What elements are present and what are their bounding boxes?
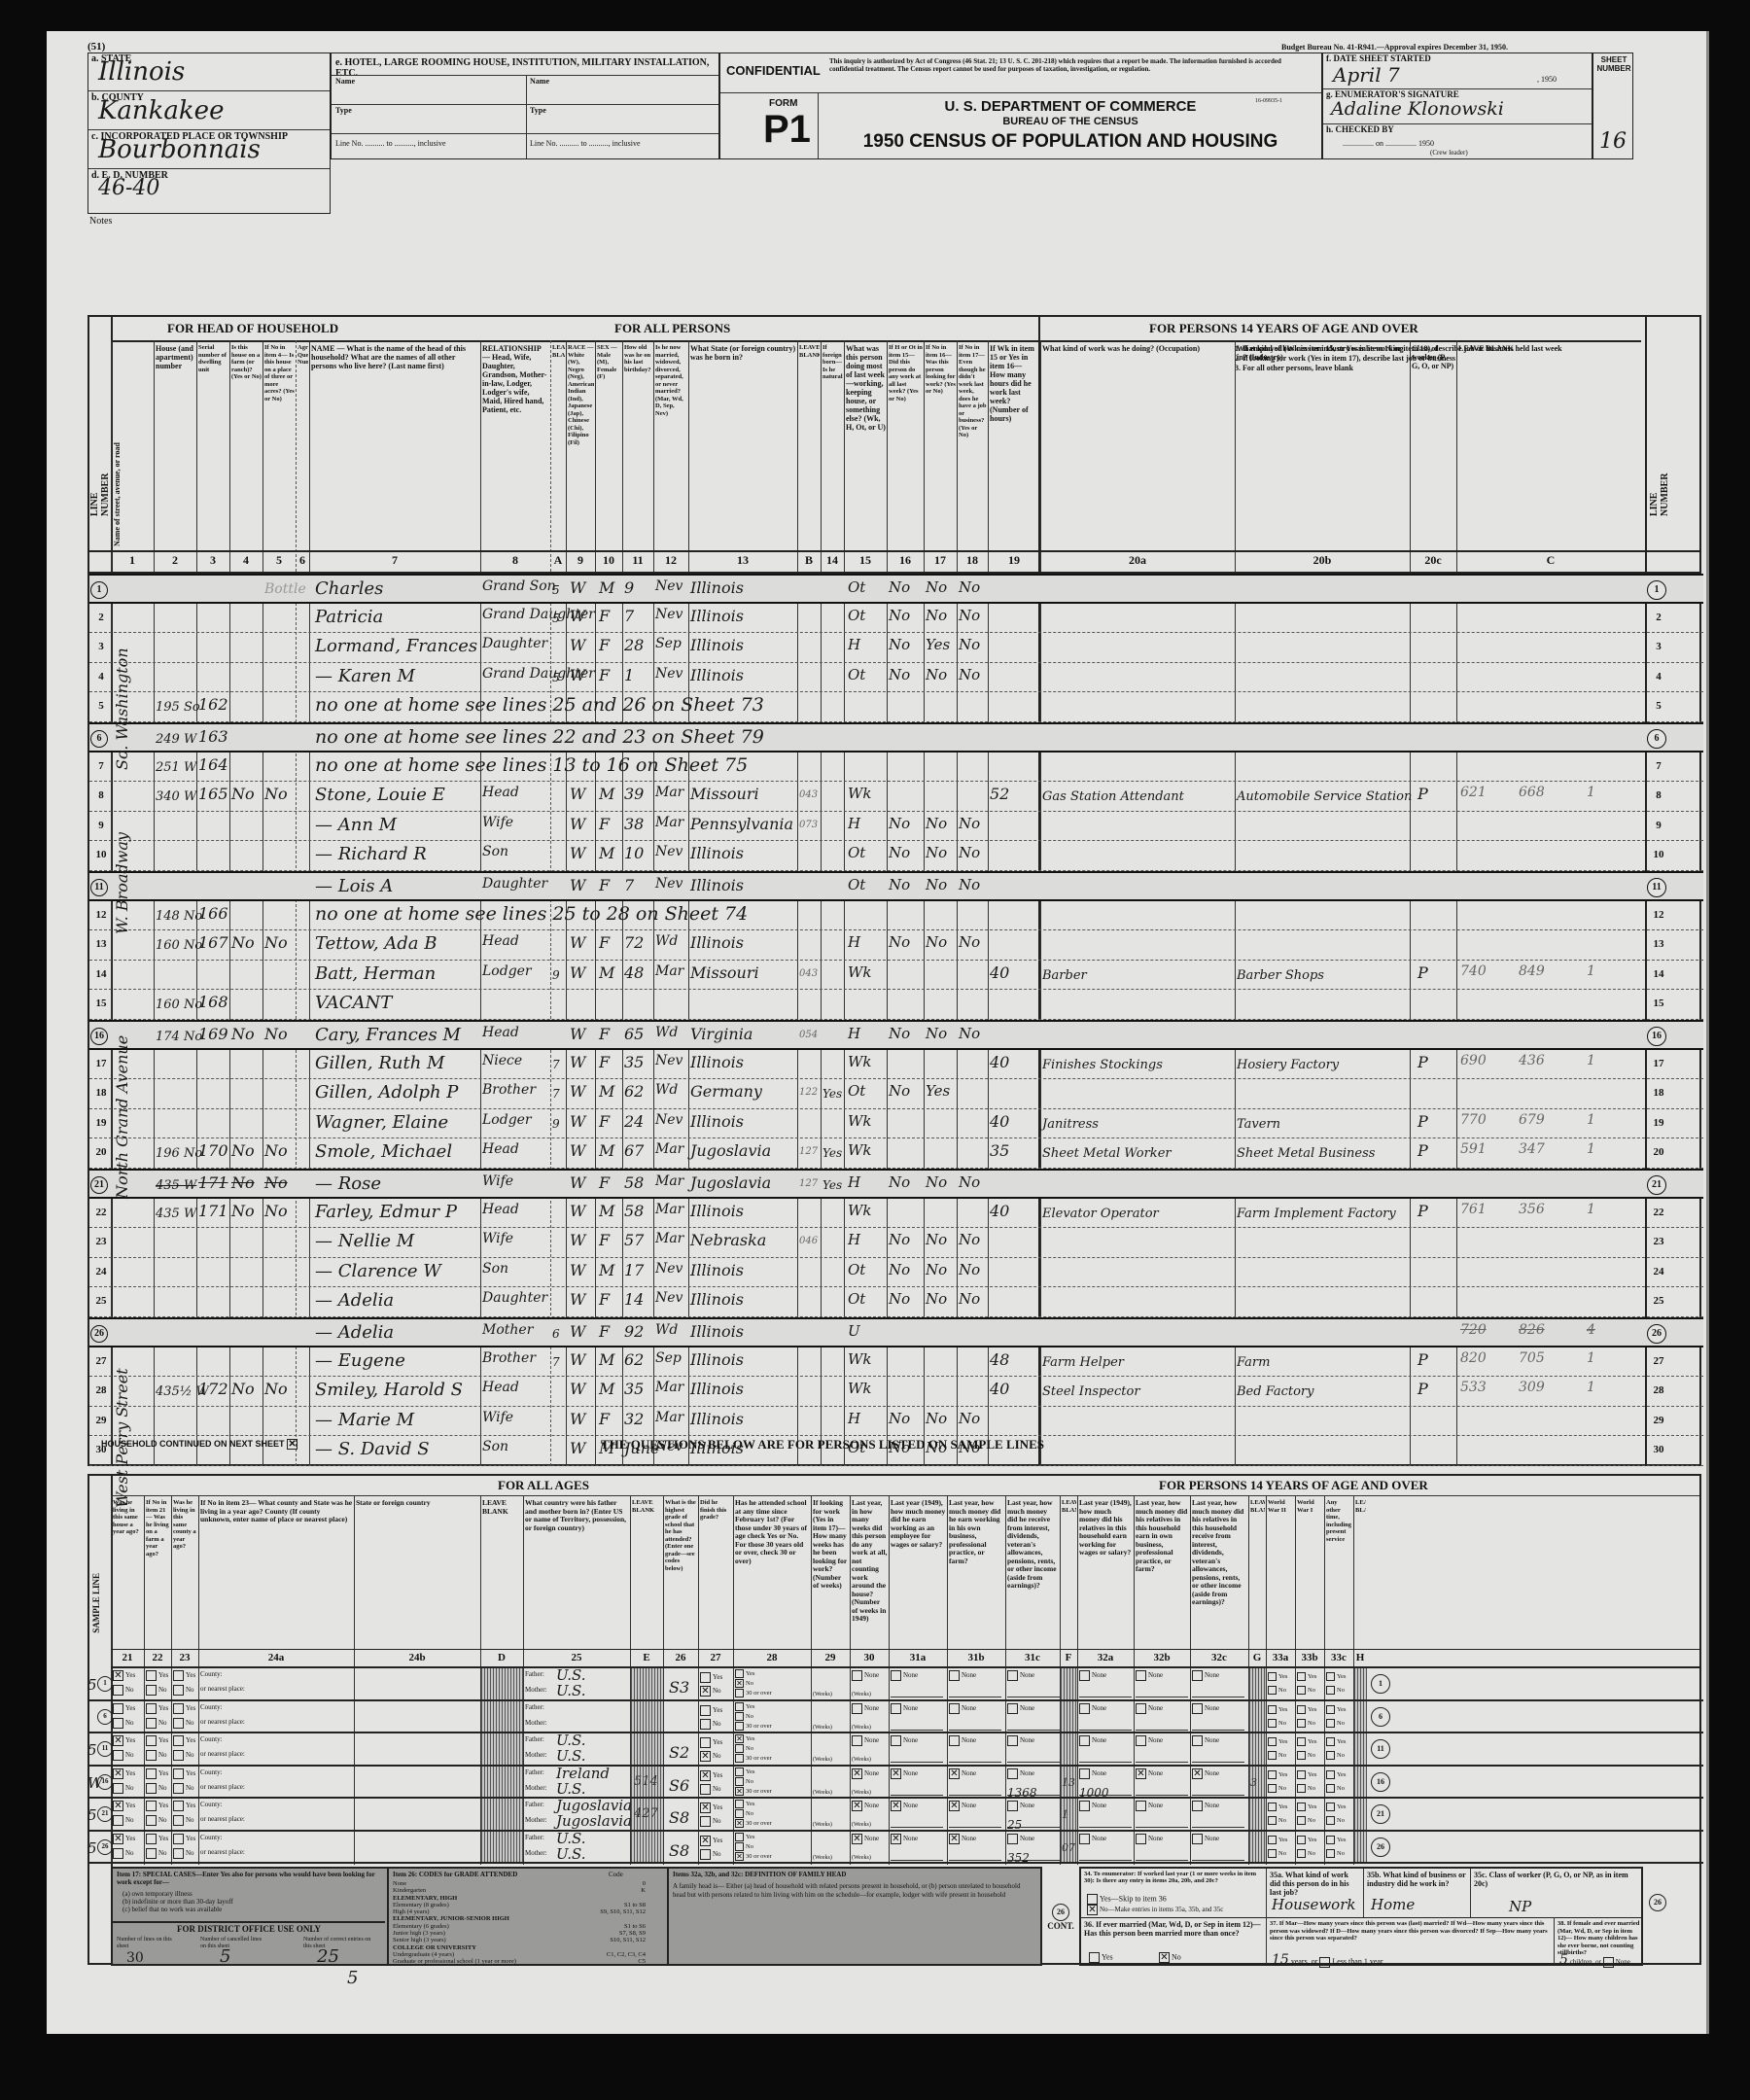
q33a-yes-checkbox[interactable] — [1268, 1672, 1277, 1681]
school-option[interactable]: ✕30 or over — [735, 1852, 772, 1861]
q31a-amount-field[interactable] — [891, 1721, 943, 1731]
q21-yes-checkbox[interactable]: ✕ — [113, 1670, 123, 1681]
q31b-none[interactable]: None — [949, 1735, 976, 1746]
q31b-amount-field[interactable] — [949, 1688, 1001, 1697]
school-checkbox[interactable] — [735, 1800, 744, 1808]
school-checkbox[interactable]: ✕ — [735, 1819, 744, 1828]
q33c-yes[interactable]: Yes — [1326, 1770, 1346, 1779]
school-option[interactable]: ✕No — [735, 1679, 753, 1688]
q32b-none-checkbox[interactable] — [1136, 1735, 1146, 1746]
q22-no[interactable]: No — [146, 1848, 167, 1859]
q22-yes[interactable]: Yes — [146, 1670, 168, 1681]
school-checkbox[interactable] — [735, 1689, 744, 1697]
school-checkbox[interactable] — [735, 1754, 744, 1763]
q23-yes[interactable]: Yes — [173, 1801, 195, 1811]
q23-no[interactable]: No — [173, 1718, 194, 1729]
q32c-none-checkbox[interactable] — [1192, 1703, 1203, 1714]
school-checkbox[interactable]: ✕ — [735, 1734, 744, 1743]
q32a-none-checkbox[interactable] — [1079, 1735, 1090, 1746]
q36-yes-checkbox[interactable] — [1089, 1952, 1100, 1963]
q32b-none-checkbox[interactable] — [1136, 1670, 1146, 1681]
finish-no[interactable]: ✕No — [700, 1686, 721, 1697]
finish-yes-checkbox[interactable] — [700, 1705, 711, 1716]
finish-yes[interactable]: ✕Yes — [700, 1836, 722, 1846]
q23-no-checkbox[interactable] — [173, 1783, 184, 1794]
q22-yes-checkbox[interactable] — [146, 1670, 157, 1681]
q33b-yes-checkbox[interactable] — [1297, 1802, 1306, 1811]
school-option[interactable]: No — [735, 1744, 753, 1753]
q33a-yes-checkbox[interactable] — [1268, 1705, 1277, 1714]
q31c-none[interactable]: None — [1007, 1670, 1034, 1681]
q22-no-checkbox[interactable] — [146, 1783, 157, 1794]
q32a-none[interactable]: None — [1079, 1834, 1106, 1844]
q31a-amount-field[interactable] — [891, 1786, 943, 1796]
q32a-none-checkbox[interactable] — [1079, 1768, 1090, 1779]
finish-no-checkbox[interactable] — [700, 1816, 711, 1827]
q22-yes-checkbox[interactable] — [146, 1801, 157, 1811]
finish-yes-checkbox[interactable] — [700, 1672, 711, 1683]
q32b-amount-field[interactable] — [1136, 1818, 1188, 1828]
q22-yes[interactable]: Yes — [146, 1801, 168, 1811]
q32b-none[interactable]: None — [1136, 1670, 1163, 1681]
q30-none-checkbox[interactable] — [852, 1670, 862, 1681]
q33b-yes-checkbox[interactable] — [1297, 1836, 1306, 1844]
school-option[interactable]: No — [735, 1712, 753, 1721]
finish-yes-checkbox[interactable]: ✕ — [700, 1802, 711, 1813]
q23-yes-checkbox[interactable] — [173, 1834, 184, 1844]
q31b-none-checkbox[interactable] — [949, 1703, 960, 1714]
q21-no[interactable]: No — [113, 1685, 134, 1696]
q21-yes-checkbox[interactable]: ✕ — [113, 1834, 123, 1844]
q33a-yes[interactable]: Yes — [1268, 1836, 1287, 1844]
finish-no[interactable]: No — [700, 1849, 721, 1860]
q33a-yes[interactable]: Yes — [1268, 1737, 1287, 1746]
q31b-amount-field[interactable] — [949, 1818, 1001, 1828]
q23-yes[interactable]: Yes — [173, 1670, 195, 1681]
q23-yes[interactable]: Yes — [173, 1735, 195, 1746]
q33c-no-checkbox[interactable] — [1326, 1686, 1335, 1695]
q33a-no-checkbox[interactable] — [1268, 1849, 1277, 1858]
school-option[interactable]: Yes — [735, 1767, 754, 1776]
school-option[interactable]: ✕30 or over — [735, 1819, 772, 1828]
q32a-amount-field[interactable] — [1079, 1721, 1132, 1731]
q21-no[interactable]: No — [113, 1750, 134, 1761]
school-option[interactable]: Yes — [735, 1702, 754, 1711]
q23-yes-checkbox[interactable] — [173, 1735, 184, 1746]
q32a-none[interactable]: None — [1079, 1670, 1106, 1681]
q32b-none[interactable]: None — [1136, 1735, 1163, 1746]
q21-no-checkbox[interactable] — [113, 1848, 123, 1859]
q32c-amount-field[interactable] — [1192, 1721, 1244, 1731]
q32a-none[interactable]: None — [1079, 1801, 1106, 1811]
q32a-none[interactable]: None — [1079, 1768, 1106, 1779]
q21-no-checkbox[interactable] — [113, 1815, 123, 1826]
q23-no[interactable]: No — [173, 1783, 194, 1794]
q33a-no[interactable]: No — [1268, 1816, 1286, 1825]
q22-no-checkbox[interactable] — [146, 1815, 157, 1826]
q31a-none-checkbox[interactable]: ✕ — [891, 1834, 901, 1844]
q33b-no-checkbox[interactable] — [1297, 1849, 1306, 1858]
q22-no[interactable]: No — [146, 1750, 167, 1761]
school-option[interactable]: Yes — [735, 1800, 754, 1808]
school-option[interactable]: 30 or over — [735, 1722, 772, 1731]
q32c-none[interactable]: ✕None — [1192, 1768, 1219, 1779]
q31a-none[interactable]: None — [891, 1703, 918, 1714]
q32a-none-checkbox[interactable] — [1079, 1670, 1090, 1681]
q31c-none-checkbox[interactable] — [1007, 1735, 1018, 1746]
q33a-no-checkbox[interactable] — [1268, 1686, 1277, 1695]
q33a-yes[interactable]: Yes — [1268, 1705, 1287, 1714]
q32b-amount-field[interactable] — [1136, 1721, 1188, 1731]
q33c-no-checkbox[interactable] — [1326, 1751, 1335, 1760]
q31c-amount-field[interactable]: 25 — [1007, 1818, 1060, 1828]
q33a-no[interactable]: No — [1268, 1849, 1286, 1858]
q31c-amount-field[interactable] — [1007, 1688, 1060, 1697]
school-option[interactable]: 30 or over — [735, 1754, 772, 1763]
q30-none[interactable]: ✕None — [852, 1834, 879, 1844]
q33a-no-checkbox[interactable] — [1268, 1751, 1277, 1760]
q31b-none-checkbox[interactable]: ✕ — [949, 1801, 960, 1811]
q30-none[interactable]: ✕None — [852, 1768, 879, 1779]
q31a-none[interactable]: None — [891, 1735, 918, 1746]
q22-no-checkbox[interactable] — [146, 1848, 157, 1859]
q33c-no[interactable]: No — [1326, 1719, 1345, 1728]
q31c-none-checkbox[interactable] — [1007, 1670, 1018, 1681]
q33b-no[interactable]: No — [1297, 1719, 1315, 1728]
q32a-none[interactable]: None — [1079, 1735, 1106, 1746]
q32a-none-checkbox[interactable] — [1079, 1801, 1090, 1811]
school-option[interactable]: Yes — [735, 1669, 754, 1678]
q30-none-checkbox[interactable]: ✕ — [852, 1801, 862, 1811]
q33c-yes-checkbox[interactable] — [1326, 1836, 1335, 1844]
q31b-none[interactable]: None — [949, 1703, 976, 1714]
q33c-no-checkbox[interactable] — [1326, 1784, 1335, 1793]
q32c-amount-field[interactable] — [1192, 1753, 1244, 1763]
q21-no-checkbox[interactable] — [113, 1685, 123, 1696]
q33b-yes-checkbox[interactable] — [1297, 1705, 1306, 1714]
q34-no-checkbox[interactable]: ✕ — [1087, 1905, 1098, 1915]
q33a-yes[interactable]: Yes — [1268, 1672, 1287, 1681]
q30-none-checkbox[interactable]: ✕ — [852, 1768, 862, 1779]
q21-yes[interactable]: ✕Yes — [113, 1834, 135, 1844]
q22-no-checkbox[interactable] — [146, 1685, 157, 1696]
q33b-no-checkbox[interactable] — [1297, 1686, 1306, 1695]
q31b-none[interactable]: None — [949, 1670, 976, 1681]
q22-yes-checkbox[interactable] — [146, 1768, 157, 1779]
q21-yes-checkbox[interactable] — [113, 1703, 123, 1714]
q31a-none[interactable]: ✕None — [891, 1768, 918, 1779]
q31a-amount-field[interactable] — [891, 1818, 943, 1828]
q21-no[interactable]: No — [113, 1815, 134, 1826]
school-checkbox[interactable] — [735, 1669, 744, 1678]
school-checkbox[interactable]: ✕ — [735, 1852, 744, 1861]
finish-yes-checkbox[interactable]: ✕ — [700, 1770, 711, 1781]
school-checkbox[interactable] — [735, 1777, 744, 1786]
q21-no-checkbox[interactable] — [113, 1750, 123, 1761]
q33b-yes[interactable]: Yes — [1297, 1672, 1316, 1681]
q33c-yes-checkbox[interactable] — [1326, 1705, 1335, 1714]
q30-none[interactable]: None — [852, 1703, 879, 1714]
q33c-yes-checkbox[interactable] — [1326, 1770, 1335, 1779]
school-checkbox[interactable] — [735, 1722, 744, 1731]
q22-yes-checkbox[interactable] — [146, 1735, 157, 1746]
finish-no[interactable]: ✕No — [700, 1751, 721, 1762]
q31a-none-checkbox[interactable] — [891, 1735, 901, 1746]
q31a-none-checkbox[interactable] — [891, 1670, 901, 1681]
finish-no[interactable]: No — [700, 1719, 721, 1730]
q23-no[interactable]: No — [173, 1815, 194, 1826]
q21-no[interactable]: No — [113, 1718, 134, 1729]
q33b-no[interactable]: No — [1297, 1751, 1315, 1760]
q31c-amount-field[interactable] — [1007, 1721, 1060, 1731]
q31b-amount-field[interactable] — [949, 1753, 1001, 1763]
q33c-yes[interactable]: Yes — [1326, 1672, 1346, 1681]
q32a-amount-field[interactable] — [1079, 1753, 1132, 1763]
q21-no[interactable]: No — [113, 1783, 134, 1794]
q32a-amount-field[interactable] — [1079, 1688, 1132, 1697]
q33c-no[interactable]: No — [1326, 1784, 1345, 1793]
q23-no-checkbox[interactable] — [173, 1750, 184, 1761]
q31c-amount-field[interactable] — [1007, 1753, 1060, 1763]
q21-no-checkbox[interactable] — [113, 1783, 123, 1794]
q32a-none[interactable]: None — [1079, 1703, 1106, 1714]
q34-yes[interactable]: Yes—Skip to item 36 — [1087, 1894, 1167, 1905]
q31b-none[interactable]: ✕None — [949, 1801, 976, 1811]
q22-yes[interactable]: Yes — [146, 1735, 168, 1746]
q31b-none-checkbox[interactable] — [949, 1670, 960, 1681]
q33a-yes-checkbox[interactable] — [1268, 1836, 1277, 1844]
q31a-amount-field[interactable] — [891, 1753, 943, 1763]
q31c-none-checkbox[interactable] — [1007, 1801, 1018, 1811]
q33a-yes-checkbox[interactable] — [1268, 1802, 1277, 1811]
q33c-yes-checkbox[interactable] — [1326, 1737, 1335, 1746]
q32c-none-checkbox[interactable]: ✕ — [1192, 1768, 1203, 1779]
q32b-none-checkbox[interactable]: ✕ — [1136, 1768, 1146, 1779]
q32c-none[interactable]: None — [1192, 1801, 1219, 1811]
q33b-no-checkbox[interactable] — [1297, 1816, 1306, 1825]
q31b-amount-field[interactable] — [949, 1721, 1001, 1731]
q31b-none[interactable]: ✕None — [949, 1768, 976, 1779]
q32b-none-checkbox[interactable] — [1136, 1703, 1146, 1714]
q32b-amount-field[interactable] — [1136, 1753, 1188, 1763]
q33c-no[interactable]: No — [1326, 1849, 1345, 1858]
q32a-amount-field[interactable]: 1000 — [1079, 1786, 1132, 1796]
school-option[interactable]: ✕30 or over — [735, 1787, 772, 1796]
q32b-none[interactable]: ✕None — [1136, 1768, 1163, 1779]
school-checkbox[interactable]: ✕ — [735, 1787, 744, 1796]
q33c-yes-checkbox[interactable] — [1326, 1672, 1335, 1681]
q33b-no[interactable]: No — [1297, 1816, 1315, 1825]
q37-less-checkbox[interactable] — [1319, 1957, 1330, 1968]
q33c-yes-checkbox[interactable] — [1326, 1802, 1335, 1811]
q23-no-checkbox[interactable] — [173, 1848, 184, 1859]
q33a-no[interactable]: No — [1268, 1784, 1286, 1793]
q30-none[interactable]: None — [852, 1735, 879, 1746]
q32c-none-checkbox[interactable] — [1192, 1670, 1203, 1681]
school-option[interactable]: ✕Yes — [735, 1734, 754, 1743]
school-checkbox[interactable] — [735, 1809, 744, 1818]
q32b-none[interactable]: None — [1136, 1834, 1163, 1844]
q36-no-checkbox[interactable]: ✕ — [1159, 1952, 1170, 1963]
q32c-amount-field[interactable] — [1192, 1851, 1244, 1861]
q33c-yes[interactable]: Yes — [1326, 1836, 1346, 1844]
q31c-none[interactable]: None — [1007, 1735, 1034, 1746]
q21-yes[interactable]: ✕Yes — [113, 1801, 135, 1811]
q33b-yes[interactable]: Yes — [1297, 1802, 1316, 1811]
q22-yes[interactable]: Yes — [146, 1768, 168, 1779]
q33b-yes[interactable]: Yes — [1297, 1737, 1316, 1746]
q23-no-checkbox[interactable] — [173, 1815, 184, 1826]
q23-yes-checkbox[interactable] — [173, 1768, 184, 1779]
school-checkbox[interactable] — [735, 1702, 744, 1711]
household-continued[interactable]: HOUSEHOLD CONTINUED ON NEXT SHEET ✕ — [101, 1439, 299, 1450]
q30-none[interactable]: None — [852, 1670, 879, 1681]
q32c-none-checkbox[interactable] — [1192, 1801, 1203, 1811]
q33b-yes-checkbox[interactable] — [1297, 1770, 1306, 1779]
q31a-none[interactable]: ✕None — [891, 1801, 918, 1811]
q36-yes[interactable]: Yes — [1089, 1952, 1113, 1963]
q23-yes[interactable]: Yes — [173, 1834, 195, 1844]
school-option[interactable]: Yes — [735, 1833, 754, 1841]
q23-yes-checkbox[interactable] — [173, 1801, 184, 1811]
finish-yes-checkbox[interactable]: ✕ — [700, 1836, 711, 1846]
q22-no[interactable]: No — [146, 1718, 167, 1729]
q21-yes[interactable]: ✕Yes — [113, 1735, 135, 1746]
q22-no[interactable]: No — [146, 1783, 167, 1794]
q33c-yes[interactable]: Yes — [1326, 1737, 1346, 1746]
q32c-none[interactable]: None — [1192, 1670, 1219, 1681]
q31c-none-checkbox[interactable] — [1007, 1703, 1018, 1714]
q31b-none-checkbox[interactable] — [949, 1735, 960, 1746]
q32c-none[interactable]: None — [1192, 1834, 1219, 1844]
school-checkbox[interactable] — [735, 1842, 744, 1851]
q31c-none[interactable]: None — [1007, 1834, 1034, 1844]
q23-no[interactable]: No — [173, 1848, 194, 1859]
q22-no[interactable]: No — [146, 1815, 167, 1826]
q30-none-checkbox[interactable] — [852, 1735, 862, 1746]
q31b-none-checkbox[interactable]: ✕ — [949, 1834, 960, 1844]
q32c-none-checkbox[interactable] — [1192, 1834, 1203, 1844]
q32b-none-checkbox[interactable] — [1136, 1801, 1146, 1811]
q21-yes[interactable]: Yes — [113, 1703, 135, 1714]
q34-yes-checkbox[interactable] — [1087, 1894, 1098, 1905]
q33b-no-checkbox[interactable] — [1297, 1784, 1306, 1793]
q32b-none[interactable]: None — [1136, 1703, 1163, 1714]
q30-none[interactable]: ✕None — [852, 1801, 879, 1811]
q33a-yes[interactable]: Yes — [1268, 1770, 1287, 1779]
q34-no[interactable]: ✕No—Make entries in items 35a, 35b, and … — [1087, 1905, 1223, 1915]
q31a-none-checkbox[interactable] — [891, 1703, 901, 1714]
finish-no-checkbox[interactable]: ✕ — [700, 1751, 711, 1762]
school-checkbox[interactable] — [735, 1833, 744, 1841]
q23-yes-checkbox[interactable] — [173, 1670, 184, 1681]
q23-yes-checkbox[interactable] — [173, 1703, 184, 1714]
q32a-none-checkbox[interactable] — [1079, 1834, 1090, 1844]
q32c-amount-field[interactable] — [1192, 1818, 1244, 1828]
q33b-no-checkbox[interactable] — [1297, 1751, 1306, 1760]
finish-no-checkbox[interactable]: ✕ — [700, 1686, 711, 1697]
q23-no[interactable]: No — [173, 1750, 194, 1761]
q23-no[interactable]: No — [173, 1685, 194, 1696]
q31a-none-checkbox[interactable]: ✕ — [891, 1801, 901, 1811]
q33b-no[interactable]: No — [1297, 1686, 1315, 1695]
q31c-none[interactable]: None — [1007, 1703, 1034, 1714]
q23-no-checkbox[interactable] — [173, 1718, 184, 1729]
q31c-amount-field[interactable]: 352 — [1007, 1851, 1060, 1861]
q22-yes-checkbox[interactable] — [146, 1703, 157, 1714]
school-checkbox[interactable] — [735, 1767, 744, 1776]
q36-no[interactable]: ✕No — [1159, 1952, 1181, 1963]
household-continued-checkbox[interactable]: ✕ — [287, 1439, 297, 1450]
q32c-none-checkbox[interactable] — [1192, 1735, 1203, 1746]
q33a-no-checkbox[interactable] — [1268, 1719, 1277, 1728]
finish-yes[interactable]: ✕Yes — [700, 1770, 722, 1781]
q31c-none-checkbox[interactable] — [1007, 1834, 1018, 1844]
finish-yes[interactable]: Yes — [700, 1737, 722, 1748]
finish-yes-checkbox[interactable] — [700, 1737, 711, 1748]
q33c-no[interactable]: No — [1326, 1686, 1345, 1695]
q31b-amount-field[interactable] — [949, 1786, 1001, 1796]
finish-yes[interactable]: ✕Yes — [700, 1802, 722, 1813]
q33a-no[interactable]: No — [1268, 1751, 1286, 1760]
q32b-amount-field[interactable] — [1136, 1688, 1188, 1697]
q31a-amount-field[interactable] — [891, 1688, 943, 1697]
q32b-amount-field[interactable] — [1136, 1851, 1188, 1861]
q33a-yes-checkbox[interactable] — [1268, 1770, 1277, 1779]
q32b-amount-field[interactable] — [1136, 1786, 1188, 1796]
q33a-yes-checkbox[interactable] — [1268, 1737, 1277, 1746]
q33b-yes[interactable]: Yes — [1297, 1836, 1316, 1844]
q32c-none[interactable]: None — [1192, 1703, 1219, 1714]
q32c-none[interactable]: None — [1192, 1735, 1219, 1746]
q23-yes[interactable]: Yes — [173, 1703, 195, 1714]
q33b-yes[interactable]: Yes — [1297, 1770, 1316, 1779]
finish-yes[interactable]: Yes — [700, 1672, 722, 1683]
q33a-no-checkbox[interactable] — [1268, 1816, 1277, 1825]
q33a-no-checkbox[interactable] — [1268, 1784, 1277, 1793]
q32b-none[interactable]: None — [1136, 1801, 1163, 1811]
q33b-no[interactable]: No — [1297, 1784, 1315, 1793]
q32a-amount-field[interactable] — [1079, 1851, 1132, 1861]
school-option[interactable]: No — [735, 1842, 753, 1851]
q22-yes[interactable]: Yes — [146, 1703, 168, 1714]
q21-yes-checkbox[interactable]: ✕ — [113, 1735, 123, 1746]
school-checkbox[interactable]: ✕ — [735, 1679, 744, 1688]
q22-no-checkbox[interactable] — [146, 1718, 157, 1729]
q33b-yes-checkbox[interactable] — [1297, 1672, 1306, 1681]
q38-none-checkbox[interactable] — [1603, 1957, 1614, 1968]
q31c-amount-field[interactable]: 1368 — [1007, 1786, 1060, 1796]
q22-no[interactable]: No — [146, 1685, 167, 1696]
q22-yes-checkbox[interactable] — [146, 1834, 157, 1844]
q33b-yes[interactable]: Yes — [1297, 1705, 1316, 1714]
q23-no-checkbox[interactable] — [173, 1685, 184, 1696]
q22-no-checkbox[interactable] — [146, 1750, 157, 1761]
q33c-no-checkbox[interactable] — [1326, 1849, 1335, 1858]
school-option[interactable]: No — [735, 1777, 753, 1786]
school-checkbox[interactable] — [735, 1712, 744, 1721]
finish-yes[interactable]: Yes — [700, 1705, 722, 1716]
q31a-amount-field[interactable] — [891, 1851, 943, 1861]
q33c-no[interactable]: No — [1326, 1816, 1345, 1825]
q31a-none[interactable]: None — [891, 1670, 918, 1681]
q31b-none[interactable]: ✕None — [949, 1834, 976, 1844]
q33a-yes[interactable]: Yes — [1268, 1802, 1287, 1811]
q31c-none[interactable]: None — [1007, 1768, 1034, 1779]
q31c-none-checkbox[interactable] — [1007, 1768, 1018, 1779]
q32a-amount-field[interactable] — [1079, 1818, 1132, 1828]
q31c-none[interactable]: None — [1007, 1801, 1034, 1811]
